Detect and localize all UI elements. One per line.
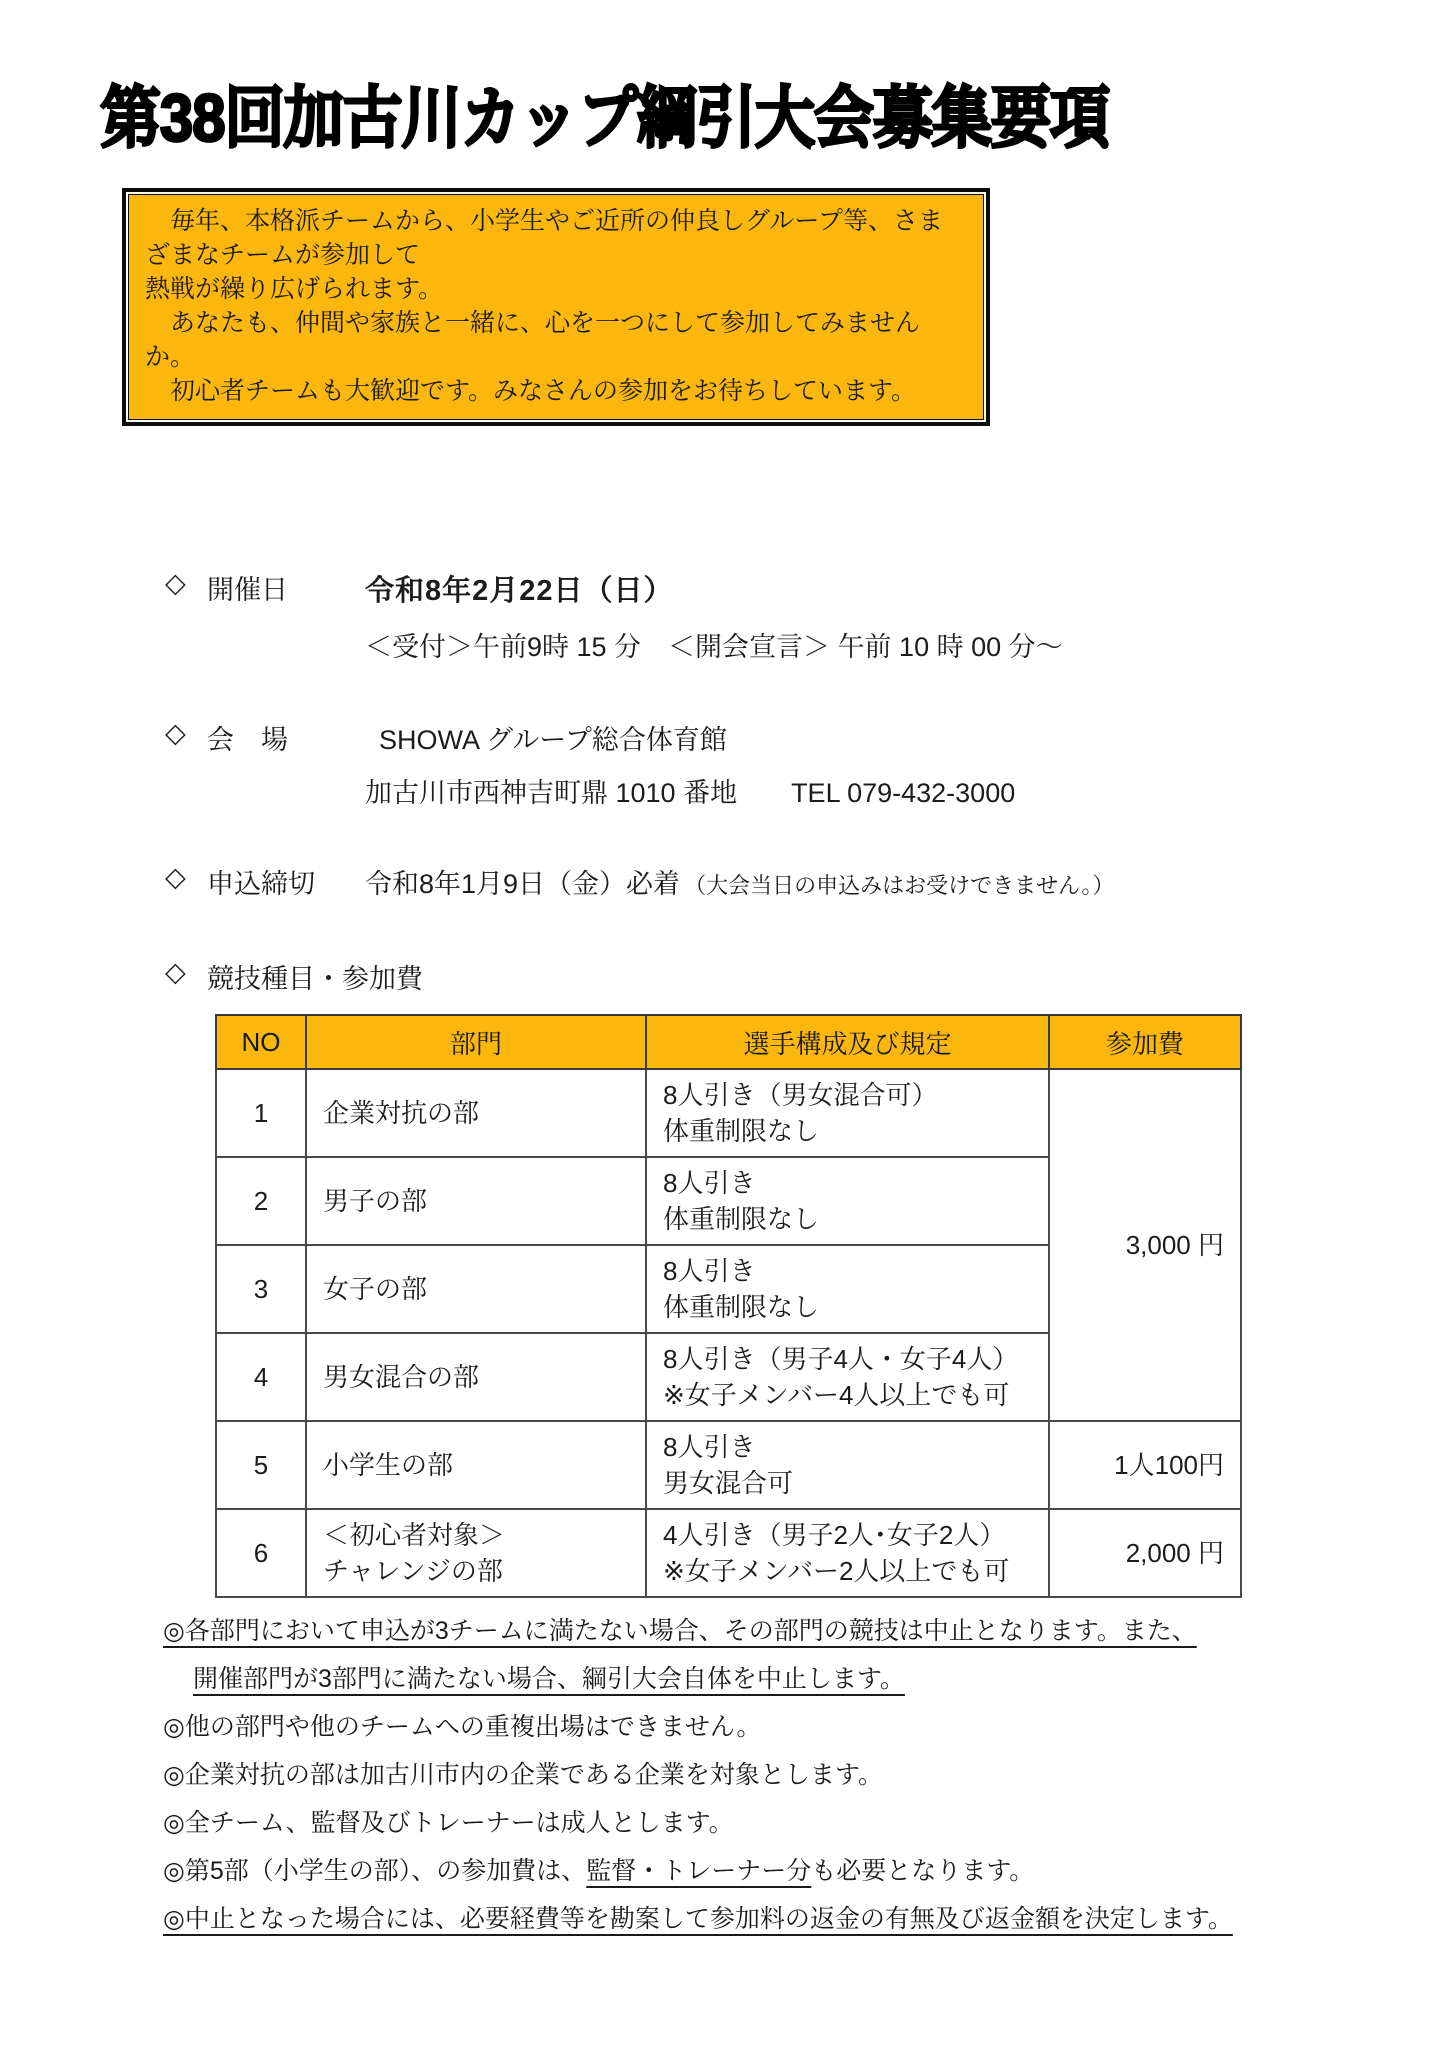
venue-address: 加古川市西神吉町鼎 1010 番地 TEL 079-432-3000 [365, 771, 1015, 810]
row-no: 4 [216, 1333, 306, 1421]
header-rules: 選手構成及び規定 [646, 1015, 1049, 1069]
page-title: 第38回加古川カップ綱引大会募集要項 [101, 65, 1109, 161]
row-division: 女子の部 [306, 1245, 646, 1333]
date-value-block: 令和8年2月22日（日） ＜受付＞午前9時 15 分 ＜開会宣言＞ 午前 10 … [365, 568, 1063, 664]
date-detail: ＜受付＞午前9時 15 分 ＜開会宣言＞ 午前 10 時 00 分～ [365, 625, 1063, 664]
header-fee: 参加費 [1049, 1015, 1241, 1069]
note-text: 開催部門が3部門に満たない場合、綱引大会自体を中止します。 [193, 1665, 905, 1693]
intro-box-inner: 毎年、本格派チームから、小学生やご近所の仲良しグループ等、さまざまなチームが参加… [128, 194, 984, 420]
events-heading-label: 競技種目・参加費 [207, 957, 365, 996]
row-rules: 8人引き 男女混合可 [646, 1421, 1049, 1509]
intro-line-2: 熱戦が繰り広げられます。 [145, 272, 965, 306]
notes-list: ◎各部門において申込が3チームに満たない場合、その部門の競技は中止となります。ま… [163, 1614, 1448, 1937]
table-row: 6 ＜初心者対象＞ チャレンジの部 4人引き（男子2人･女子2人） ※女子メンバ… [216, 1509, 1241, 1597]
deadline-note: （大会当日の申込みはお受けできません。） [684, 869, 1114, 900]
row-rules: 8人引き（男子4人・女子4人） ※女子メンバー4人以上でも可 [646, 1333, 1049, 1421]
note-4: ◎全チーム、監督及びトレーナーは成人とします。 [163, 1806, 1448, 1841]
intro-line-3: あなたも、仲間や家族と一緒に、心を一つにして参加してみませんか。 [145, 306, 965, 374]
table-row: 5 小学生の部 8人引き 男女混合可 1人100円 [216, 1421, 1241, 1509]
table-header-row: NO 部門 選手構成及び規定 参加費 [216, 1015, 1241, 1069]
note-1-line-1: ◎各部門において申込が3チームに満たない場合、その部門の競技は中止となります。ま… [163, 1614, 1448, 1649]
diamond-icon: ◇ [165, 718, 207, 749]
venue-label: 会 場 [207, 718, 365, 757]
row-rules: 4人引き（男子2人･女子2人） ※女子メンバー2人以上でも可 [646, 1509, 1049, 1597]
note-5-suffix: も必要となります。 [811, 1857, 1034, 1885]
note-text: ◎中止となった場合には、必要経費等を勘案して参加料の返金の有無及び返金額を決定し… [163, 1905, 1233, 1933]
row-division: ＜初心者対象＞ チャレンジの部 [306, 1509, 646, 1597]
header-division: 部門 [306, 1015, 646, 1069]
row-no: 2 [216, 1157, 306, 1245]
row-rules: 8人引き 体重制限なし [646, 1245, 1049, 1333]
row-rules: 8人引き 体重制限なし [646, 1157, 1049, 1245]
intro-box: 毎年、本格派チームから、小学生やご近所の仲良しグループ等、さまざまなチームが参加… [122, 188, 990, 426]
header-no: NO [216, 1015, 306, 1069]
diamond-icon: ◇ [165, 957, 207, 988]
row-no: 6 [216, 1509, 306, 1597]
note-6: ◎中止となった場合には、必要経費等を勘案して参加料の返金の有無及び返金額を決定し… [163, 1902, 1448, 1937]
row-division: 企業対抗の部 [306, 1069, 646, 1157]
events-fee-table: NO 部門 選手構成及び規定 参加費 1 企業対抗の部 8人引き（男女混合可） … [215, 1014, 1242, 1598]
date-label: 開催日 [207, 568, 365, 607]
row-no: 3 [216, 1245, 306, 1333]
merged-fee-cell: 3,000 円 [1049, 1069, 1241, 1421]
row-no: 1 [216, 1069, 306, 1157]
note-2: ◎他の部門や他のチームへの重複出場はできません。 [163, 1710, 1448, 1745]
venue-value-block: SHOWA グループ総合体育館 加古川市西神吉町鼎 1010 番地 TEL 07… [365, 718, 1015, 810]
diamond-icon: ◇ [165, 862, 207, 893]
row-rules: 8人引き（男女混合可） 体重制限なし [646, 1069, 1049, 1157]
note-3: ◎企業対抗の部は加古川市内の企業である企業を対象とします。 [163, 1758, 1448, 1793]
row-division: 男女混合の部 [306, 1333, 646, 1421]
note-5-prefix: ◎第5部（小学生の部）、の参加費は、 [163, 1857, 586, 1885]
row-division: 男子の部 [306, 1157, 646, 1245]
date-value: 令和8年2月22日（日） [365, 568, 1063, 609]
section-events-heading: ◇ 競技種目・参加費 [165, 957, 1448, 996]
section-deadline: ◇ 申込締切 令和8年1月9日（金）必着 （大会当日の申込みはお受けできません。… [165, 862, 1448, 901]
table-row: 1 企業対抗の部 8人引き（男女混合可） 体重制限なし 3,000 円 [216, 1069, 1241, 1157]
row-fee: 1人100円 [1049, 1421, 1241, 1509]
row-no: 5 [216, 1421, 306, 1509]
note-5: ◎第5部（小学生の部）、の参加費は、監督・トレーナー分も必要となります。 [163, 1854, 1448, 1889]
note-text: ◎各部門において申込が3チームに満たない場合、その部門の競技は中止となります。ま… [163, 1617, 1197, 1645]
deadline-value-block: 令和8年1月9日（金）必着 （大会当日の申込みはお受けできません。） [365, 862, 1114, 901]
row-fee: 2,000 円 [1049, 1509, 1241, 1597]
title-wrap: 第38回加古川カップ綱引大会募集要項 [0, 0, 1210, 156]
document-page: 第38回加古川カップ綱引大会募集要項 毎年、本格派チームから、小学生やご近所の仲… [0, 0, 1448, 2048]
intro-line-1: 毎年、本格派チームから、小学生やご近所の仲良しグループ等、さまざまなチームが参加… [145, 204, 965, 272]
section-venue: ◇ 会 場 SHOWA グループ総合体育館 加古川市西神吉町鼎 1010 番地 … [165, 718, 1448, 810]
note-1-line-2: 開催部門が3部門に満たない場合、綱引大会自体を中止します。 [163, 1662, 1448, 1697]
intro-line-4: 初心者チームも大歓迎です。みなさんの参加をお待ちしています。 [145, 374, 965, 408]
note-5-underlined: 監督・トレーナー分 [586, 1857, 811, 1885]
venue-name: SHOWA グループ総合体育館 [365, 718, 1015, 757]
deadline-value: 令和8年1月9日（金）必着 [365, 862, 680, 901]
section-date: ◇ 開催日 令和8年2月22日（日） ＜受付＞午前9時 15 分 ＜開会宣言＞ … [165, 568, 1448, 664]
deadline-label: 申込締切 [207, 862, 365, 901]
row-division: 小学生の部 [306, 1421, 646, 1509]
diamond-icon: ◇ [165, 568, 207, 599]
